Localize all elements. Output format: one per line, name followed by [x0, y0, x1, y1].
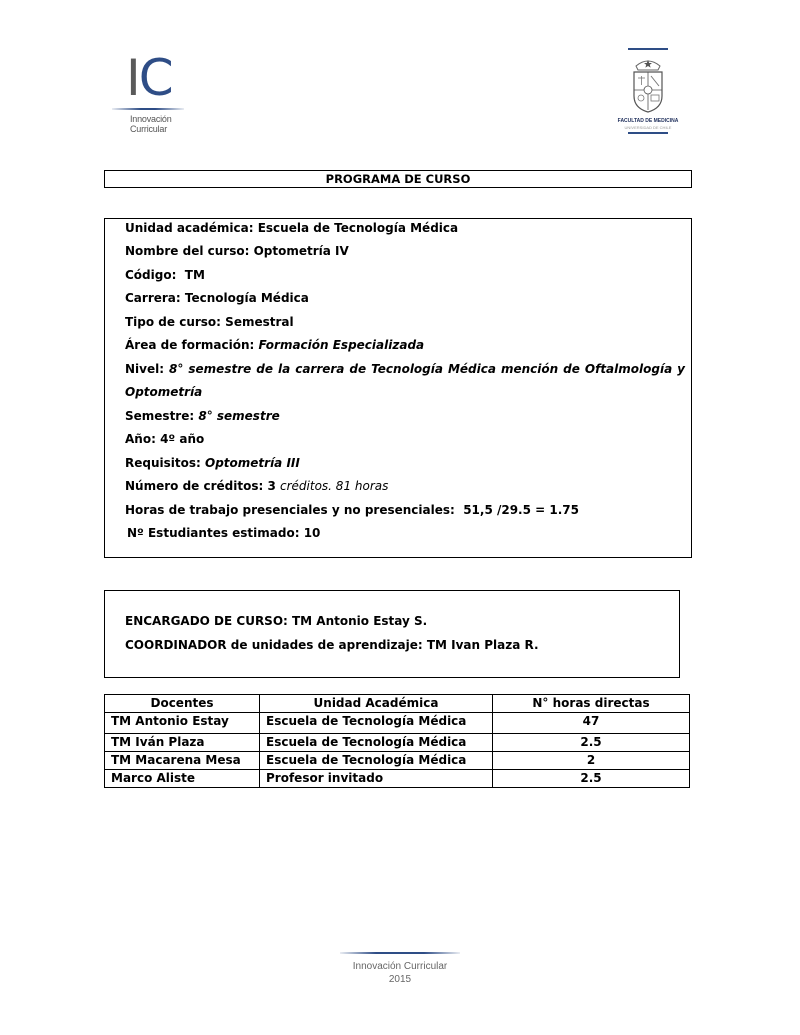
- info-value: 51,5 /29.5 = 1.75: [459, 503, 579, 517]
- info-carrera: Carrera: Tecnología Médica: [125, 291, 309, 305]
- info-value-italic: créditos. 81 horas: [280, 479, 388, 493]
- info-label: Horas de trabajo presenciales y no prese…: [125, 503, 455, 517]
- info-estudiantes: Nº Estudiantes estimado: 10: [127, 526, 320, 540]
- info-value: Formación Especializada: [259, 338, 425, 352]
- cell-horas: 2: [493, 752, 690, 770]
- innovacion-curricular-logo: IC Innovación Curricular: [110, 52, 190, 137]
- table-row: TM Macarena Mesa Escuela de Tecnología M…: [105, 752, 690, 770]
- ic-logo-letter-c: C: [139, 49, 172, 107]
- fac-logo-name: FACULTAD DE MEDICINA: [612, 118, 684, 124]
- header-horas-directas: N° horas directas: [493, 695, 690, 713]
- cell-docente: TM Iván Plaza: [105, 734, 260, 752]
- fac-logo-subtitle: UNIVERSIDAD DE CHILE: [612, 125, 684, 130]
- info-label: Código:: [125, 268, 176, 282]
- docentes-table: Docentes Unidad Académica N° horas direc…: [104, 694, 690, 788]
- info-value: Semestral: [225, 315, 293, 329]
- ic-logo-caption-line2: Curricular: [130, 124, 172, 134]
- info-label: Requisitos:: [125, 456, 201, 470]
- info-value: TM: [181, 268, 205, 282]
- ic-logo-caption-line1: Innovación: [130, 114, 172, 124]
- info-label: Área de formación:: [125, 338, 254, 352]
- footer-line2: 2015: [330, 973, 470, 986]
- info-label: Unidad académica:: [125, 221, 254, 235]
- info-value: 3: [267, 479, 275, 493]
- footer-divider: [340, 952, 460, 954]
- info-label: Nivel:: [125, 362, 164, 376]
- info-value: 10: [304, 526, 321, 540]
- cell-horas: 47: [493, 713, 690, 734]
- info-label: Nº Estudiantes estimado:: [127, 526, 300, 540]
- info-label: Nombre del curso:: [125, 244, 249, 258]
- cell-horas: 2.5: [493, 770, 690, 788]
- fac-logo-bottom-bar: [628, 132, 668, 134]
- page-footer: Innovación Curricular 2015: [330, 952, 470, 986]
- header-docentes: Docentes: [105, 695, 260, 713]
- fac-logo-top-bar: [628, 48, 668, 50]
- header-unidad-academica: Unidad Académica: [260, 695, 493, 713]
- table-header-row: Docentes Unidad Académica N° horas direc…: [105, 695, 690, 713]
- table-row: TM Antonio Estay Escuela de Tecnología M…: [105, 713, 690, 734]
- cell-unidad: Escuela de Tecnología Médica: [260, 713, 493, 734]
- page-title: PROGRAMA DE CURSO: [104, 170, 692, 188]
- info-tipo-curso: Tipo de curso: Semestral: [125, 315, 294, 329]
- info-horas: Horas de trabajo presenciales y no prese…: [125, 503, 579, 517]
- info-label: Carrera:: [125, 291, 181, 305]
- course-staff-box: ENCARGADO DE CURSO: TM Antonio Estay S. …: [104, 590, 680, 678]
- info-unidad-academica: Unidad académica: Escuela de Tecnología …: [125, 221, 458, 235]
- info-value: Escuela de Tecnología Médica: [258, 221, 458, 235]
- course-info-box: Unidad académica: Escuela de Tecnología …: [104, 218, 692, 558]
- info-area-formacion: Área de formación: Formación Especializa…: [125, 338, 424, 352]
- encargado-line: ENCARGADO DE CURSO: TM Antonio Estay S.: [125, 614, 427, 628]
- info-value: 8° semestre: [198, 409, 279, 423]
- ic-logo-divider: [112, 108, 184, 110]
- coordinador-line: COORDINADOR de unidades de aprendizaje: …: [125, 638, 539, 652]
- info-value: 8° semestre de la carrera de Tecnología …: [169, 362, 685, 376]
- info-label: Número de créditos:: [125, 479, 263, 493]
- info-value: 4º año: [160, 432, 204, 446]
- cell-horas: 2.5: [493, 734, 690, 752]
- info-label: Semestre:: [125, 409, 194, 423]
- ic-logo-caption: Innovación Curricular: [130, 114, 172, 134]
- ic-logo-letter-i: I: [126, 49, 139, 107]
- info-label: Tipo de curso:: [125, 315, 221, 329]
- info-nivel-cont: Optometría: [125, 385, 202, 399]
- cell-docente: TM Antonio Estay: [105, 713, 260, 734]
- cell-docente: Marco Aliste: [105, 770, 260, 788]
- facultad-medicina-logo: FACULTAD DE MEDICINA UNIVERSIDAD DE CHIL…: [612, 48, 684, 138]
- cell-unidad: Profesor invitado: [260, 770, 493, 788]
- info-value: Optometría: [125, 385, 202, 399]
- info-requisitos: Requisitos: Optometría III: [125, 456, 300, 470]
- info-nivel: Nivel: 8° semestre de la carrera de Tecn…: [125, 362, 685, 376]
- table-row: TM Iván Plaza Escuela de Tecnología Médi…: [105, 734, 690, 752]
- ic-logo-letters: IC: [126, 52, 172, 104]
- cell-unidad: Escuela de Tecnología Médica: [260, 734, 493, 752]
- footer-line1: Innovación Curricular: [330, 960, 470, 973]
- info-semestre: Semestre: 8° semestre: [125, 409, 280, 423]
- info-value: Optometría IV: [254, 244, 349, 258]
- cell-unidad: Escuela de Tecnología Médica: [260, 752, 493, 770]
- info-label: Año:: [125, 432, 156, 446]
- info-codigo: Código: TM: [125, 268, 205, 282]
- table-row: Marco Aliste Profesor invitado 2.5: [105, 770, 690, 788]
- info-creditos: Número de créditos: 3 créditos. 81 horas: [125, 479, 388, 493]
- info-nombre-curso: Nombre del curso: Optometría IV: [125, 244, 349, 258]
- cell-docente: TM Macarena Mesa: [105, 752, 260, 770]
- info-value: Optometría III: [205, 456, 300, 470]
- info-value: Tecnología Médica: [185, 291, 309, 305]
- info-anio: Año: 4º año: [125, 432, 204, 446]
- coat-of-arms-icon: [630, 54, 666, 116]
